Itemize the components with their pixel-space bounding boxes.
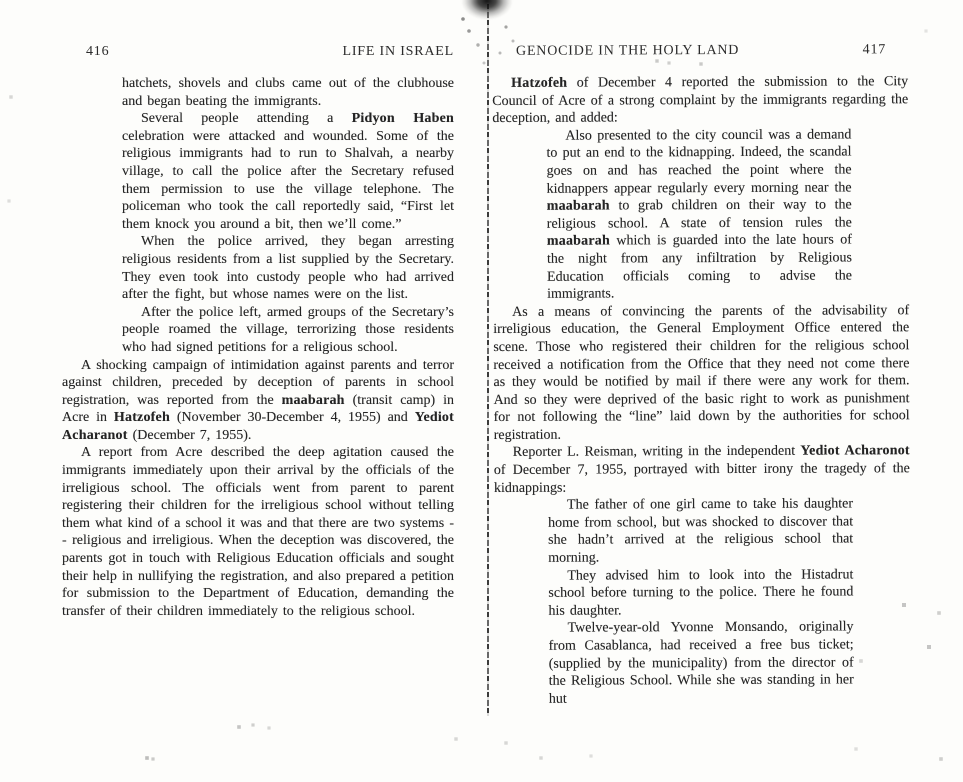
text-run: As a means of convincing the parents of …	[493, 303, 909, 443]
blockquote-paragraph: Also presented to the city council was a…	[546, 126, 852, 303]
text-run: Reporter L. Reisman, writing in the inde…	[513, 444, 801, 460]
body-paragraph: A report from Acre described the deep ag…	[62, 444, 454, 620]
blockquote-paragraph: After the police left, armed groups of t…	[122, 304, 454, 357]
left-page: 416 LIFE IN ISRAEL hatchets, shovels and…	[62, 44, 454, 620]
right-page-number: 417	[863, 42, 886, 58]
right-page-body: Hatzofeh of December 4 reported the subm…	[492, 73, 911, 708]
text-run: celebration were attacked and wounded. S…	[122, 129, 454, 232]
text-run: (December 7, 1955).	[128, 428, 252, 443]
emphasized-term: Pidyon Haben	[352, 111, 454, 126]
blockquote-paragraph: The father of one girl came to take his …	[548, 496, 853, 568]
emphasized-term: Hatzofeh	[114, 410, 170, 425]
body-paragraph: Reporter L. Reisman, writing in the inde…	[494, 443, 910, 498]
text-run: Several people attending a	[141, 111, 352, 126]
blockquote-paragraph: When the police arrived, they began arre…	[122, 233, 454, 303]
ink-spray-artifact	[0, 0, 2, 2]
text-run: of December 7, 1955, portrayed with bitt…	[494, 461, 910, 495]
emphasized-term: Yediot Acharonot	[800, 444, 909, 459]
emphasized-term: maabarah	[547, 199, 610, 214]
body-paragraph: As a means of convincing the parents of …	[493, 302, 910, 445]
text-run: (November 30-December 4, 1955) and	[170, 410, 415, 425]
left-page-number: 416	[86, 44, 109, 60]
blockquote-paragraph: They advised him to look into the Histad…	[548, 566, 853, 620]
emphasized-term: Hatzofeh	[511, 76, 567, 91]
text-run: Also presented to the city council was a…	[546, 127, 851, 196]
blockquote-paragraph: Several people attending a Pidyon Haben …	[122, 110, 454, 233]
text-run: They advised him to look into the Histad…	[548, 567, 853, 619]
blockquote-paragraph: hatchets, shovels and clubs came out of …	[122, 75, 454, 110]
text-run: The father of one girl came to take his …	[548, 497, 853, 566]
emphasized-term: maabarah	[282, 393, 345, 408]
left-running-head-title: LIFE IN ISRAEL	[342, 44, 454, 60]
body-paragraph: Hatzofeh of December 4 reported the subm…	[492, 73, 908, 128]
book-gutter-crease	[487, 4, 489, 716]
left-page-body: hatchets, shovels and clubs came out of …	[62, 75, 454, 620]
text-run: A report from Acre described the deep ag…	[62, 445, 454, 618]
body-paragraph: A shocking campaign of intimidation agai…	[62, 357, 454, 445]
text-run: hatchets, shovels and clubs came out of …	[122, 76, 454, 109]
book-scan: 416 LIFE IN ISRAEL hatchets, shovels and…	[0, 0, 963, 782]
ink-blot-artifact	[451, 0, 523, 32]
right-running-head-title: GENOCIDE IN THE HOLY LAND	[516, 43, 739, 60]
emphasized-term: maabarah	[547, 234, 610, 249]
left-running-header: 416 LIFE IN ISRAEL	[62, 44, 454, 60]
right-page: GENOCIDE IN THE HOLY LAND 417 Hatzofeh o…	[492, 42, 911, 708]
text-run: When the police arrived, they began arre…	[122, 234, 454, 302]
blockquote-paragraph: Twelve-year-old Yvonne Monsando, origina…	[549, 619, 854, 708]
text-run: Twelve-year-old Yvonne Monsando, origina…	[549, 620, 854, 707]
right-running-header: GENOCIDE IN THE HOLY LAND 417	[492, 42, 908, 60]
text-run: After the police left, armed groups of t…	[122, 305, 454, 355]
